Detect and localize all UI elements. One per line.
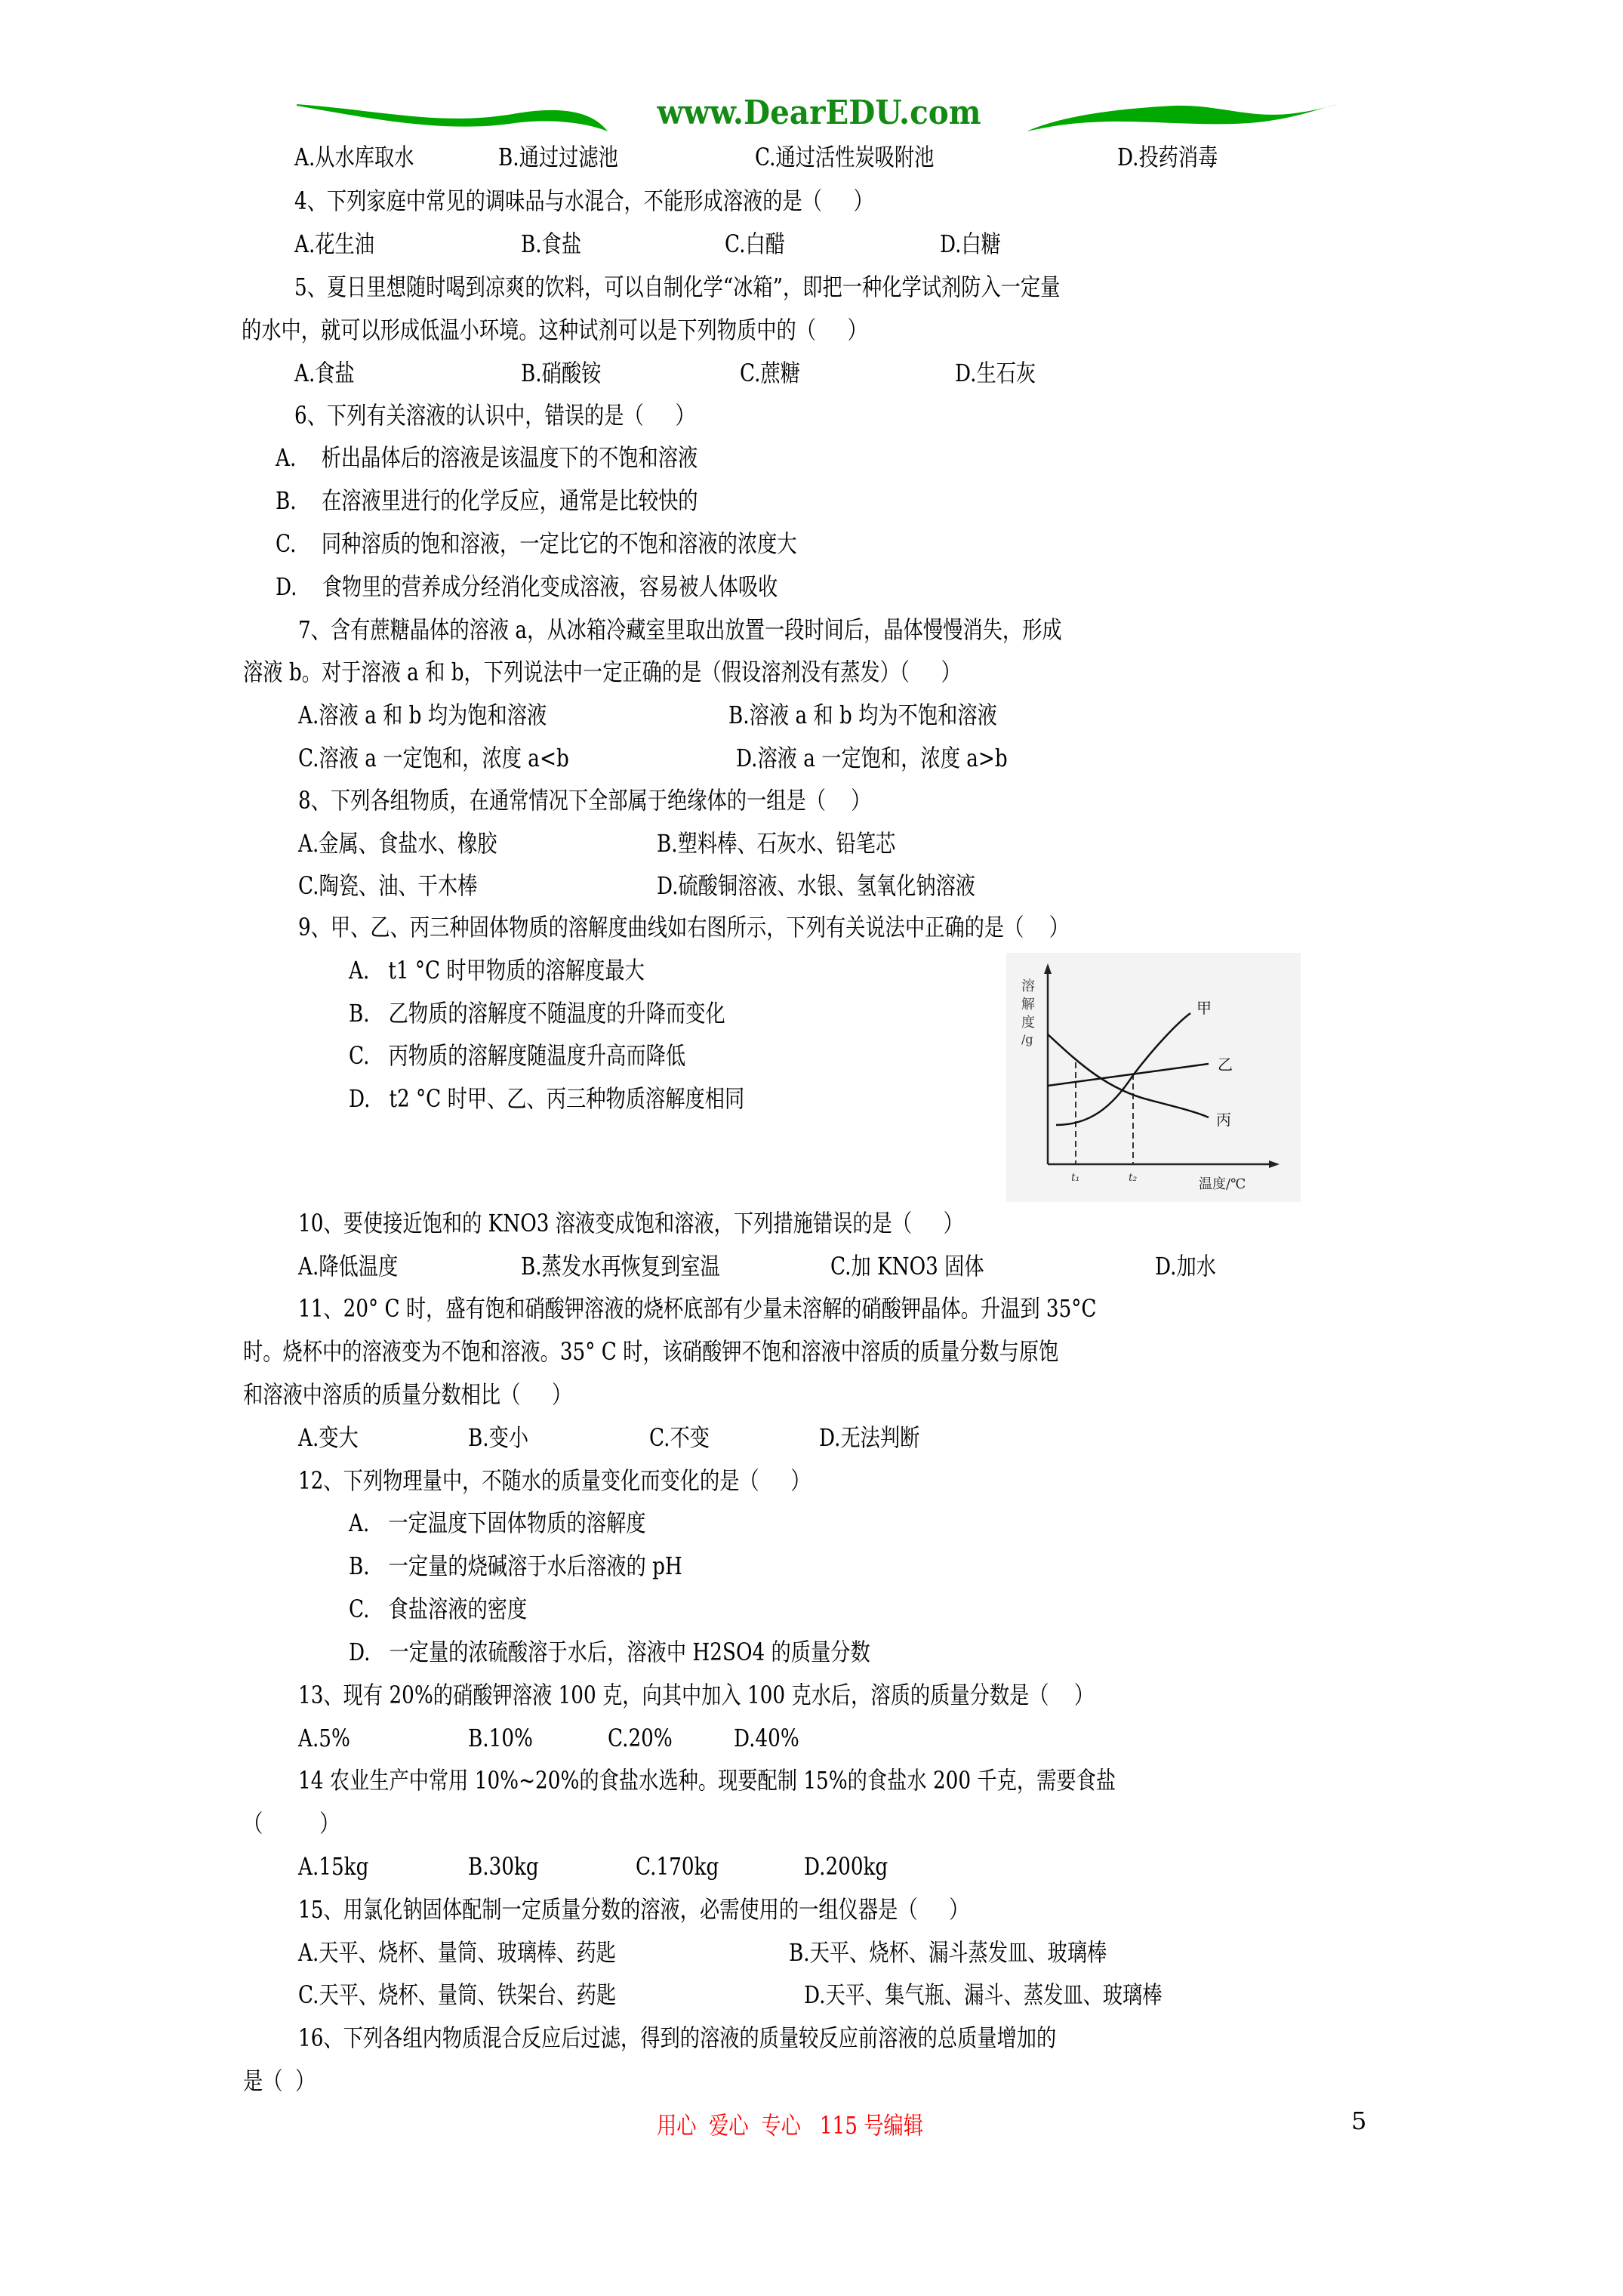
question-5-stem-line1: 5、夏日里想随时喝到凉爽的饮料，可以自制化学“冰箱”，即把一种化学试剂防入一定量 <box>294 272 1060 302</box>
q15-option-b: B.天平、烧杯、漏斗蒸发皿、玻璃棒 <box>789 1937 1107 1968</box>
q15-option-c: C.天平、烧杯、量筒、铁架台、药匙 <box>298 1980 616 2010</box>
question-16-stem-line1: 16、下列各组内物质混合反应后过滤，得到的溶液的质量较反应前溶液的总质量增加的 <box>298 2023 1056 2053</box>
q9-option-c: C. 丙物质的溶解度随温度升高而降低 <box>349 1040 685 1071</box>
q6-option-a: A. 析出晶体后的溶液是该温度下的不饱和溶液 <box>276 442 698 473</box>
q15-option-a: A.天平、烧杯、量筒、玻璃棒、药匙 <box>298 1937 616 1968</box>
q3-option-b: B.通过过滤池 <box>498 142 618 172</box>
footer-editor-note: 用心 爱心 专心 115 号编辑 <box>657 2106 923 2141</box>
question-4-stem: 4、下列家庭中常见的调味品与水混合，不能形成溶液的是（ ） <box>294 186 873 216</box>
svg-text:t₂: t₂ <box>1129 1172 1138 1184</box>
q14-option-b: B.30kg <box>468 1851 539 1881</box>
q5-option-a: A.食盐 <box>294 358 355 388</box>
q7-option-d: D.溶液 a 一定饱和，浓度 a>b <box>736 743 1008 773</box>
series-label-yi: 乙 <box>1218 1056 1233 1074</box>
site-url[interactable]: www.DearEDU.com <box>632 94 1007 132</box>
q8-option-b: B.塑料棒、石灰水、铅笔芯 <box>657 828 895 858</box>
question-13-stem: 13、现有 20%的硝酸钾溶液 100 克，向其中加入 100 克水后，溶质的质… <box>298 1680 1094 1710</box>
svg-text:度: 度 <box>1021 1015 1035 1031</box>
series-label-jia: 甲 <box>1196 999 1212 1017</box>
q7-option-c: C.溶液 a 一定饱和，浓度 a<b <box>298 743 569 773</box>
question-11-stem-line3: 和溶液中溶质的质量分数相比（ ） <box>243 1379 571 1410</box>
question-11-stem-line1: 11、20° C 时，盛有饱和硝酸钾溶液的烧杯底部有少量未溶解的硝酸钾晶体。升温… <box>298 1293 1097 1324</box>
q9-option-a: A. t1 °C 时甲物质的溶解度最大 <box>349 955 645 985</box>
q12-option-d: D. 一定量的浓硫酸溶于水后，溶液中 H2SO4 的质量分数 <box>349 1637 870 1667</box>
q5-option-b: B.硝酸铵 <box>521 358 601 388</box>
question-7-stem-line2: 溶液 b。对于溶液 a 和 b，下列说法中一定正确的是（假设溶剂没有蒸发）（ ） <box>243 657 961 687</box>
question-7-stem-line1: 7、含有蔗糖晶体的溶液 a，从冰箱冷藏室里取出放置一段时间后，晶体慢慢消失，形成 <box>298 615 1062 645</box>
q5-option-d: D.生石灰 <box>955 358 1036 388</box>
q12-option-c: C. 食盐溶液的密度 <box>349 1594 527 1624</box>
site-banner: www.DearEDU.com <box>291 97 1340 142</box>
question-8-stem: 8、下列各组物质，在通常情况下全部属于绝缘体的一组是（ ） <box>298 785 871 815</box>
q9-option-d: D. t2 °C 时甲、乙、丙三种物质溶解度相同 <box>349 1083 744 1114</box>
q3-option-c: C.通过活性炭吸附池 <box>755 142 934 172</box>
svg-text:溶: 溶 <box>1021 978 1035 994</box>
question-11-stem-line2: 时。烧杯中的溶液变为不饱和溶液。35° C 时，该硝酸钾不饱和溶液中溶质的质量分… <box>243 1336 1058 1367</box>
q11-option-c: C.不变 <box>649 1422 710 1453</box>
question-5-stem-line2: 的水中，就可以形成低温小环境。这种试剂可以是下列物质中的（ ） <box>242 315 867 345</box>
q6-option-c: C. 同种溶质的饱和溶液，一定比它的不饱和溶液的浓度大 <box>276 529 797 559</box>
q10-option-d: D.加水 <box>1155 1251 1216 1281</box>
q6-option-b: B. 在溶液里进行的化学反应，通常是比较快的 <box>276 485 698 516</box>
svg-text:解: 解 <box>1021 997 1035 1012</box>
q4-option-d: D.白糖 <box>940 229 1001 259</box>
q9-option-b: B. 乙物质的溶解度不随温度的升降而变化 <box>349 998 725 1028</box>
q8-option-c: C.陶瓷、油、干木棒 <box>298 871 477 901</box>
svg-text:温度/℃: 温度/℃ <box>1199 1176 1246 1192</box>
q13-option-b: B.10% <box>468 1723 533 1753</box>
svg-text:/g: /g <box>1021 1032 1033 1046</box>
q10-option-a: A.降低温度 <box>298 1251 398 1281</box>
question-6-stem: 6、下列有关溶液的认识中，错误的是（ ） <box>294 400 695 430</box>
q10-option-c: C.加 KNO3 固体 <box>830 1251 984 1281</box>
q12-option-b: B. 一定量的烧碱溶于水后溶液的 pH <box>349 1551 682 1581</box>
question-14-stem-line1: 14 农业生产中常用 10%~20%的食盐水选种。现要配制 15%的食盐水 20… <box>298 1765 1116 1795</box>
q12-option-a: A. 一定温度下固体物质的溶解度 <box>349 1508 645 1538</box>
page-number: 5 <box>1351 2106 1366 2135</box>
question-10-stem: 10、要使接近饱和的 KNO3 溶液变成饱和溶液，下列措施错误的是（ ） <box>298 1208 963 1238</box>
q4-option-c: C.白醋 <box>725 229 785 259</box>
q11-option-a: A.变大 <box>298 1422 359 1453</box>
q13-option-d: D.40% <box>734 1723 799 1753</box>
question-16-stem-line2: 是（ ） <box>243 2066 315 2096</box>
q14-option-d: D.200kg <box>804 1851 888 1881</box>
svg-text:t₁: t₁ <box>1071 1172 1079 1184</box>
solubility-curve-chart: 溶 解 度 /g 甲 乙 丙 t₁ t₂ 温度/℃ <box>1006 953 1301 1202</box>
q3-option-d: D.投药消毒 <box>1117 142 1218 172</box>
q8-option-d: D.硫酸铜溶液、水银、氢氧化钠溶液 <box>657 871 975 901</box>
q15-option-d: D.天平、集气瓶、漏斗、蒸发皿、玻璃棒 <box>804 1980 1163 2010</box>
q11-option-d: D.无法判断 <box>819 1422 919 1453</box>
question-14-stem-line2: （ ） <box>243 1808 340 1838</box>
q7-option-a: A.溶液 a 和 b 均为饱和溶液 <box>298 700 547 730</box>
q10-option-b: B.蒸发水再恢复到室温 <box>521 1251 720 1281</box>
q13-option-c: C.20% <box>608 1723 673 1753</box>
q8-option-a: A.金属、食盐水、橡胶 <box>298 828 497 858</box>
q4-option-b: B.食盐 <box>521 229 581 259</box>
series-label-bing: 丙 <box>1216 1111 1231 1129</box>
q4-option-a: A.花生油 <box>294 229 374 259</box>
q11-option-b: B.变小 <box>468 1422 528 1453</box>
q6-option-d: D. 食物里的营养成分经消化变成溶液，容易被人体吸收 <box>276 572 778 602</box>
question-12-stem: 12、下列物理量中，不随水的质量变化而变化的是（ ） <box>298 1465 811 1496</box>
question-15-stem: 15、用氯化钠固体配制一定质量分数的溶液，必需使用的一组仪器是（ ） <box>298 1894 969 1925</box>
q3-option-a: A.从水库取水 <box>294 142 414 172</box>
q14-option-a: A.15kg <box>298 1851 368 1881</box>
q7-option-b: B.溶液 a 和 b 均为不饱和溶液 <box>728 700 997 730</box>
q5-option-c: C.蔗糖 <box>740 358 800 388</box>
q14-option-c: C.170kg <box>636 1851 719 1881</box>
q13-option-a: A.5% <box>298 1723 350 1753</box>
question-9-stem: 9、甲、乙、丙三种固体物质的溶解度曲线如右图所示，下列有关说法中正确的是（ ） <box>298 912 1069 942</box>
